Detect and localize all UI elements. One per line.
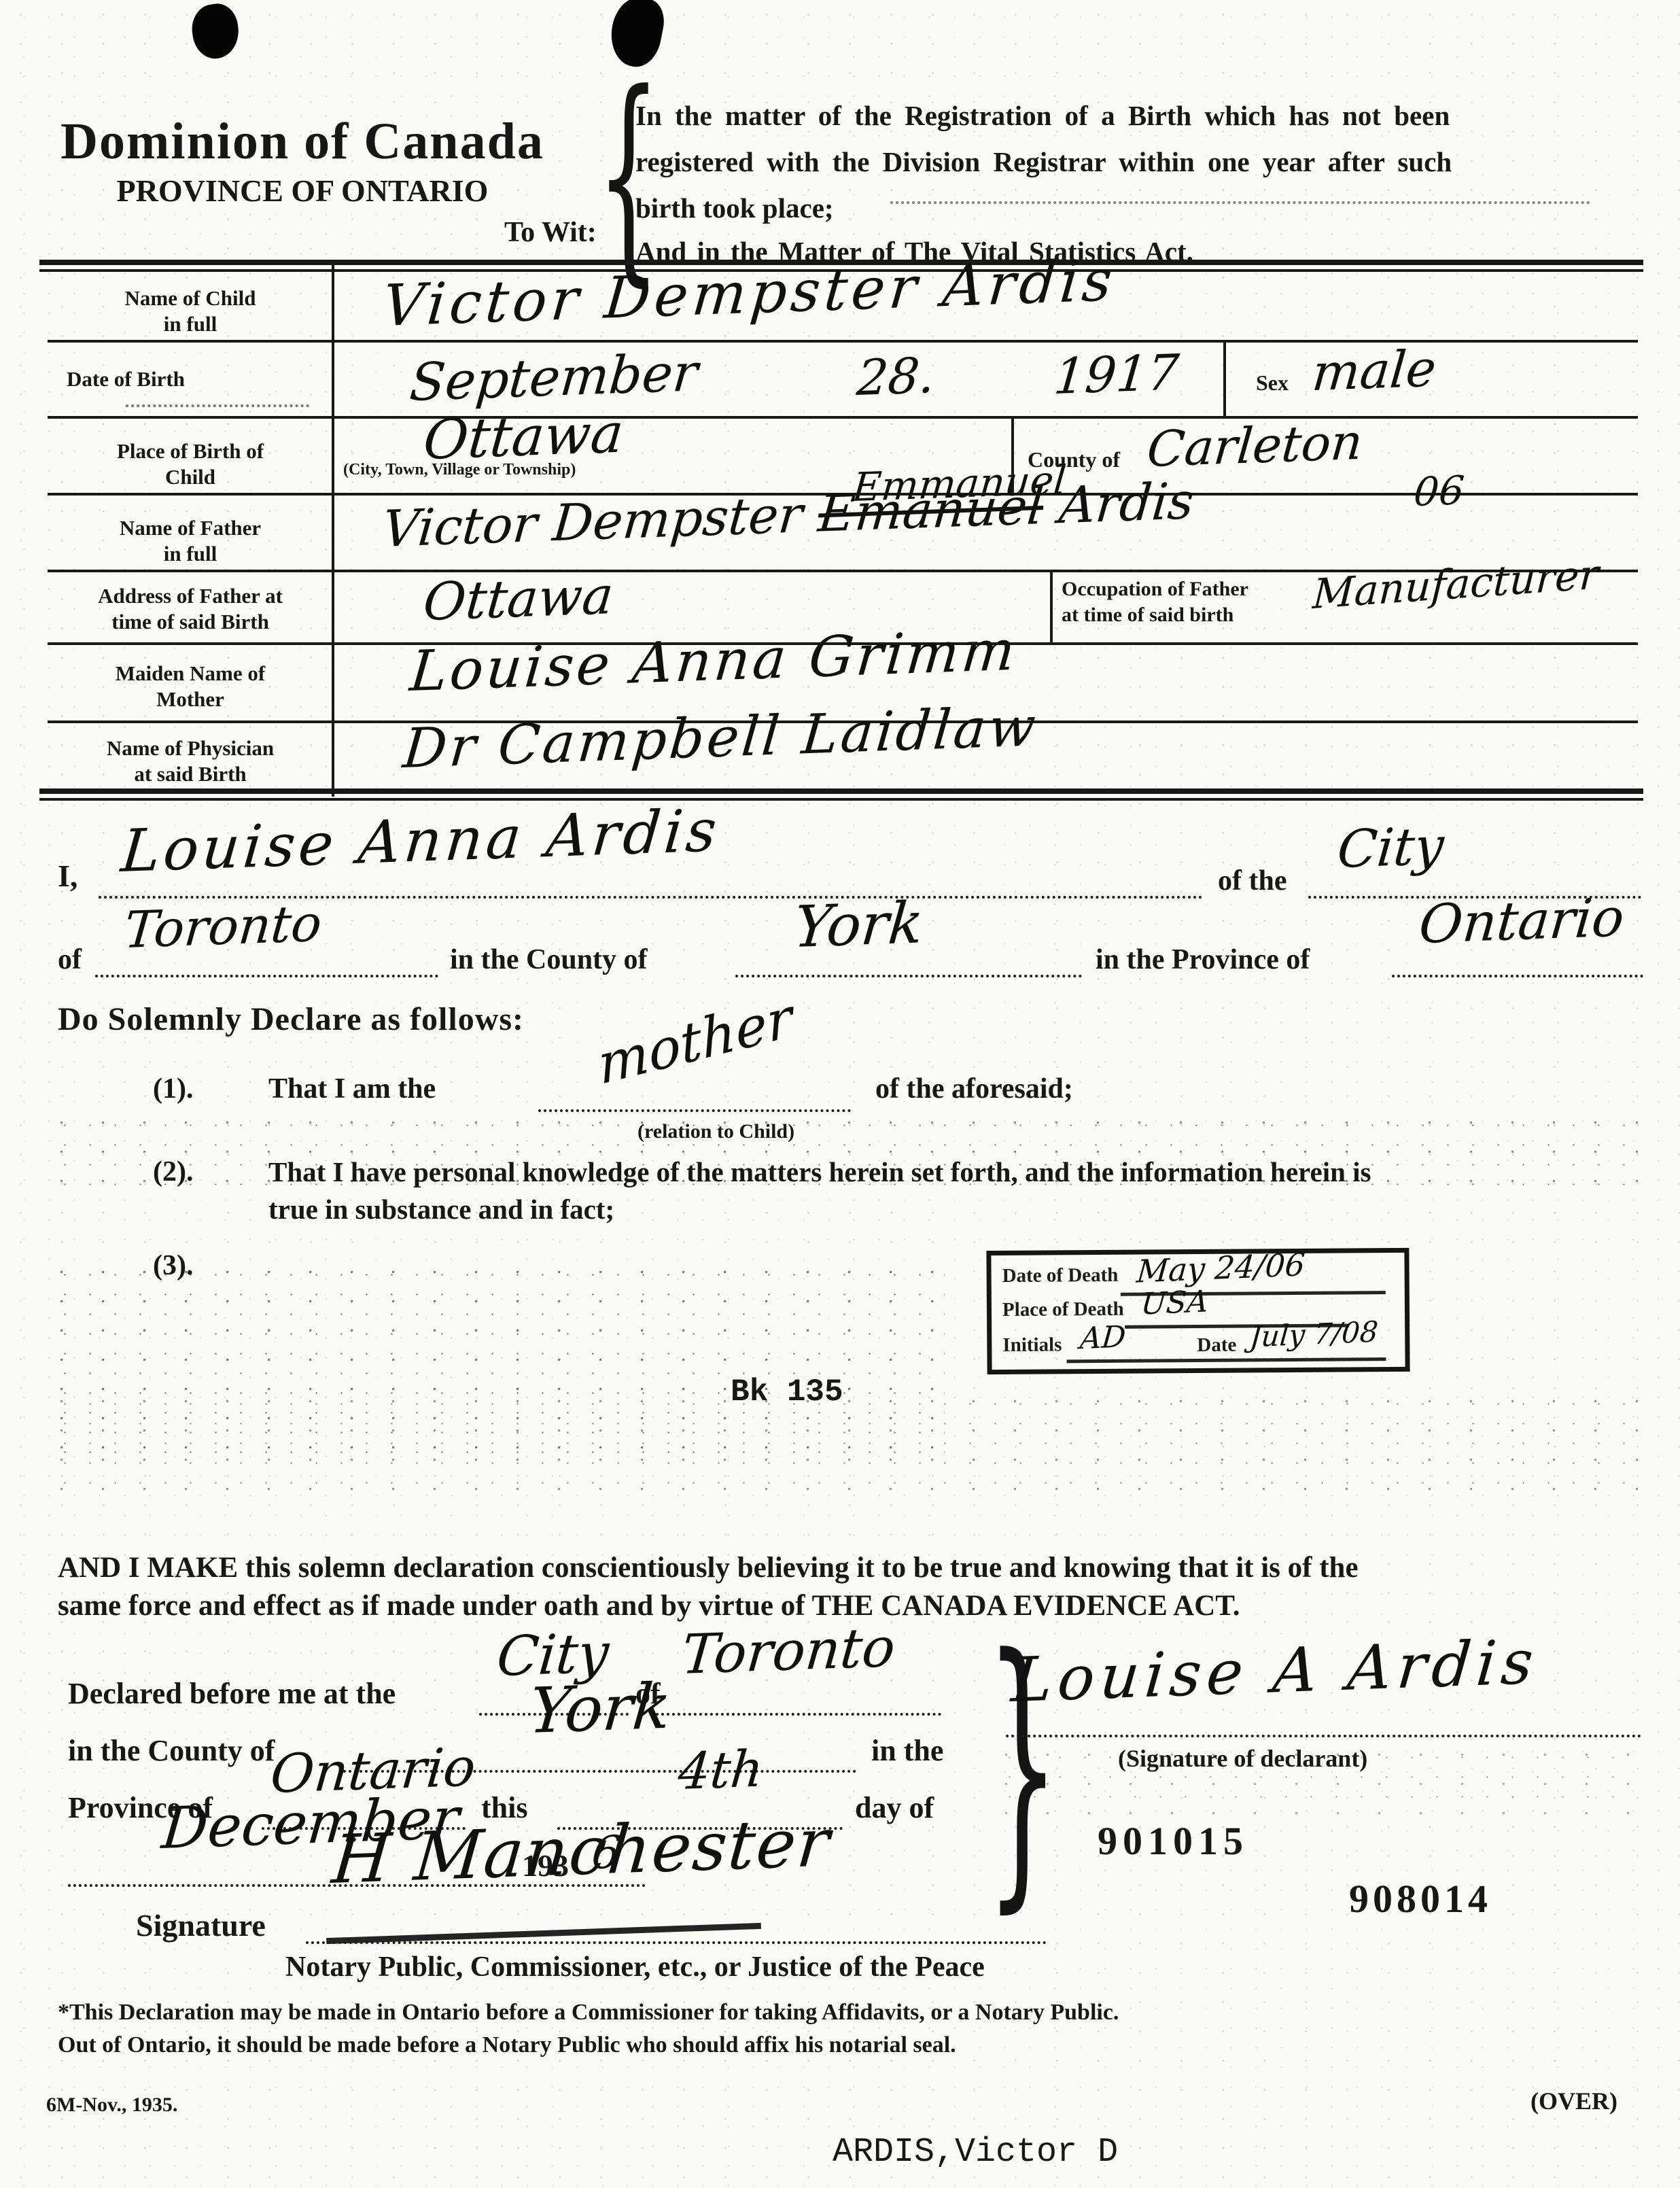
county-dotline [735, 975, 1082, 977]
scan-noise-band [41, 1257, 945, 1461]
sex-value: male [1310, 343, 1438, 398]
signature-label: Signature [136, 1907, 266, 1943]
birthplace-label: Place of Birth of Child [54, 438, 326, 490]
matter-line-2: registered with the Division Registrar w… [635, 145, 1452, 178]
declarant-signature: Louise A Ardis [1009, 1632, 1541, 1712]
child-name-label: Name of Child in full [54, 285, 326, 337]
label-column-divider [332, 262, 334, 797]
death-place-value: USA [1140, 1287, 1209, 1319]
occupation-label-1: Occupation of Father [1062, 578, 1248, 601]
dob-year-value: 1917 [1052, 347, 1180, 401]
father-name-label: Name of Father in full [54, 515, 326, 567]
declaration-i-label: I, [58, 858, 77, 894]
stamp-date2-value: July 7/08 [1248, 1317, 1379, 1351]
attestation-in-the: in the [871, 1733, 943, 1768]
notary-signature-dotline [306, 1941, 1047, 1944]
declarant-signature-dotline [1006, 1735, 1641, 1737]
item2-number: (2). [153, 1156, 193, 1188]
ink-blot [188, 1, 243, 62]
attestation-city: Toronto [680, 1620, 897, 1682]
stamp-number-2: 908014 [1349, 1876, 1492, 1922]
residence-type-value: City [1335, 820, 1446, 875]
stamp-number-1: 901015 [1098, 1818, 1248, 1864]
attestation-dot2 [656, 1713, 941, 1716]
father-name-note: 06 [1412, 470, 1466, 512]
death-date-label: Date of Death [1002, 1264, 1119, 1287]
city-value: Toronto [122, 899, 323, 956]
province-decl-value: Ontario [1417, 891, 1626, 952]
notary-caption: Notary Public, Commissioner, etc., or Ju… [285, 1951, 985, 1983]
footnote-line1: *This Declaration may be made in Ontario… [58, 2000, 1119, 2026]
row-rule [48, 416, 1638, 419]
item3-number: (3). [153, 1249, 193, 1282]
occupation-label-2: at time of said birth [1062, 604, 1233, 627]
initials-label: Initials [1002, 1334, 1062, 1357]
sex-label: Sex [1256, 370, 1289, 396]
city-dotline [95, 975, 438, 977]
index-name: ARDIS,Victor D [833, 2133, 1118, 2172]
occupation-value: Manufacturer [1312, 554, 1600, 615]
matter-line-1: In the matter of the Registration of a B… [635, 99, 1450, 132]
initials-rule [1066, 1357, 1386, 1363]
notary-signature: H Manchester [330, 1809, 833, 1894]
declared-before-label: Declared before me at the [68, 1676, 396, 1711]
father-name-value: Victor Dempster Emanuel Ardis [381, 476, 1196, 555]
death-stamp-box: Date of Death May 24/06 Place of Death U… [986, 1248, 1410, 1374]
province-dotline [1392, 975, 1643, 977]
item2-line1: That I have personal knowledge of the ma… [268, 1156, 1371, 1188]
oath-line1: AND I MAKE this solemn declaration consc… [58, 1551, 1359, 1584]
county-decl-value: York [792, 894, 926, 956]
province-subtitle: PROVINCE OF ONTARIO [54, 173, 550, 209]
over-label: (OVER) [1530, 2087, 1617, 2115]
declarant-name-value: Louise Anna Ardis [119, 801, 722, 881]
item1-post-text: of the aforesaid; [875, 1073, 1073, 1105]
initials-value: AD [1079, 1322, 1127, 1354]
form-code: 6M-Nov., 1935. [46, 2094, 177, 2117]
table-rule-bottom2 [39, 798, 1643, 801]
mother-maiden-label: Maiden Name of Mother [54, 661, 326, 712]
dob-label: Date of Birth [67, 367, 185, 392]
item1-pre-text: That I am the [268, 1073, 436, 1105]
county-of-label: in the County of [450, 943, 648, 976]
dob-day-value: 28. [855, 351, 937, 402]
attestation-county-label: in the County of [68, 1733, 275, 1768]
province-of-label: in the Province of [1096, 943, 1310, 976]
father-name-inserted: Emmanuel [851, 460, 1068, 507]
death-date-value: May 24/06 [1136, 1249, 1306, 1287]
table-rule-bottom [39, 788, 1643, 794]
county-value: Carleton [1145, 417, 1365, 474]
dob-label-dots [126, 404, 309, 407]
scanned-birth-registration-form: Dominion of Canada PROVINCE OF ONTARIO T… [0, 0, 1680, 2188]
physician-value: Dr Campbell Laidlaw [401, 699, 1040, 776]
oath-line2: same force and effect as if made under o… [58, 1589, 1240, 1622]
father-address-value: Ottawa [421, 570, 616, 628]
dominion-title: Dominion of Canada [54, 112, 550, 171]
matter-line-3: birth took place; [635, 192, 834, 224]
death-place-label: Place of Death [1002, 1298, 1124, 1321]
physician-label: Name of Physician at said Birth [54, 735, 326, 787]
occupation-cell-divider [1050, 570, 1053, 642]
item1-dotline [538, 1109, 851, 1112]
stamp-date2-label: Date [1197, 1334, 1236, 1357]
father-address-label: Address of Father at time of said Birth [54, 583, 326, 635]
to-wit-label: To Wit: [504, 216, 597, 249]
relation-value: mother [596, 990, 795, 1093]
attestation-day: 4th [676, 1743, 765, 1797]
mother-maiden-value: Louise Anna Grimm [408, 623, 1019, 700]
item2-line2: true in substance and in fact; [268, 1193, 614, 1226]
erased-dotted-line [890, 201, 1590, 204]
of-label: of [58, 943, 82, 976]
relation-caption: (relation to Child) [637, 1120, 794, 1143]
declarant-signature-caption: (Signature of declarant) [1118, 1744, 1367, 1773]
attestation-county: York [527, 1675, 673, 1743]
solemnly-declare-heading: Do Solemnly Declare as follows: [58, 1001, 524, 1038]
book-reference: Bk 135 [731, 1374, 843, 1410]
sex-cell-divider [1223, 340, 1226, 416]
attestation-day-of: day of [855, 1790, 934, 1825]
dob-month-value: September [408, 347, 700, 409]
birthplace-value: Ottawa [421, 406, 626, 468]
of-the-label: of the [1218, 865, 1287, 897]
item1-number: (1). [153, 1073, 193, 1105]
footnote-line2: Out of Ontario, it should be made before… [58, 2032, 956, 2058]
